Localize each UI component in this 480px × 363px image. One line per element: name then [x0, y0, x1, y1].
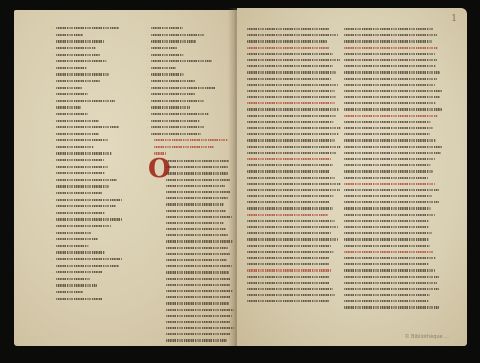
script-line: · — [39, 295, 134, 302]
script-line: · — [39, 236, 134, 243]
left-prose-column — [166, 158, 236, 344]
script-line: · — [134, 91, 234, 98]
script-line: · — [39, 262, 134, 269]
script-line: · — [134, 78, 234, 85]
script-line: · — [39, 144, 134, 151]
chapter-list-column-2: ················· — [134, 25, 234, 137]
script-line: · — [39, 229, 134, 236]
right-column-2 — [344, 26, 444, 311]
script-line: · — [39, 111, 134, 118]
script-line: · — [134, 84, 234, 91]
right-column-1 — [247, 26, 343, 304]
script-line: · — [39, 71, 134, 78]
script-line: · — [39, 25, 134, 32]
watermark: © Bibliothèque ... — [405, 334, 449, 340]
script-line: · — [39, 190, 134, 197]
script-line: · — [39, 216, 134, 223]
script-line: · — [39, 38, 134, 45]
script-line: · — [134, 38, 234, 45]
script-line: · — [39, 269, 134, 276]
left-page: ········································… — [14, 10, 237, 346]
script-line: · — [39, 137, 134, 144]
script-line: · — [39, 51, 134, 58]
script-line: · — [134, 51, 234, 58]
script-line: · — [134, 71, 234, 78]
script-line: · — [39, 249, 134, 256]
script-line: · — [39, 131, 134, 138]
script-line: · — [39, 177, 134, 184]
script-line: · — [39, 117, 134, 124]
script-line: · — [39, 91, 134, 98]
script-line: · — [39, 289, 134, 296]
script-line: · — [39, 256, 134, 263]
script-line: · — [39, 157, 134, 164]
script-line: · — [134, 104, 234, 111]
script-line: · — [134, 65, 234, 72]
script-line: · — [39, 98, 134, 105]
script-line: · — [39, 196, 134, 203]
script-line: · — [39, 124, 134, 131]
script-line: · — [39, 170, 134, 177]
script-line: · — [39, 104, 134, 111]
script-line — [166, 337, 236, 343]
script-line: · — [134, 32, 234, 39]
script-line: · — [39, 78, 134, 85]
script-line: · — [134, 117, 234, 124]
script-line: · — [39, 276, 134, 283]
script-line: · — [39, 45, 134, 52]
script-line: · — [39, 210, 134, 217]
script-line: · — [134, 45, 234, 52]
folio-number: 1 — [451, 14, 457, 24]
script-line: · — [134, 124, 234, 131]
right-page: 1 © Bibliothèque ... — [237, 8, 467, 346]
script-line: · — [39, 282, 134, 289]
script-line: · — [39, 183, 134, 190]
script-line: · — [39, 223, 134, 230]
script-line: · — [39, 243, 134, 250]
script-line: · — [134, 58, 234, 65]
script-line: · — [39, 163, 134, 170]
script-line: · — [39, 84, 134, 91]
script-line — [344, 304, 444, 310]
script-line: · — [134, 98, 234, 105]
script-line: · — [39, 150, 134, 157]
script-line: · — [39, 32, 134, 39]
script-line: · — [39, 58, 134, 65]
script-line: · — [39, 65, 134, 72]
script-line: · — [39, 203, 134, 210]
script-line — [247, 298, 343, 304]
script-line: · — [134, 25, 234, 32]
chapter-list-column-1: ········································… — [39, 25, 134, 302]
script-line: · — [134, 111, 234, 118]
